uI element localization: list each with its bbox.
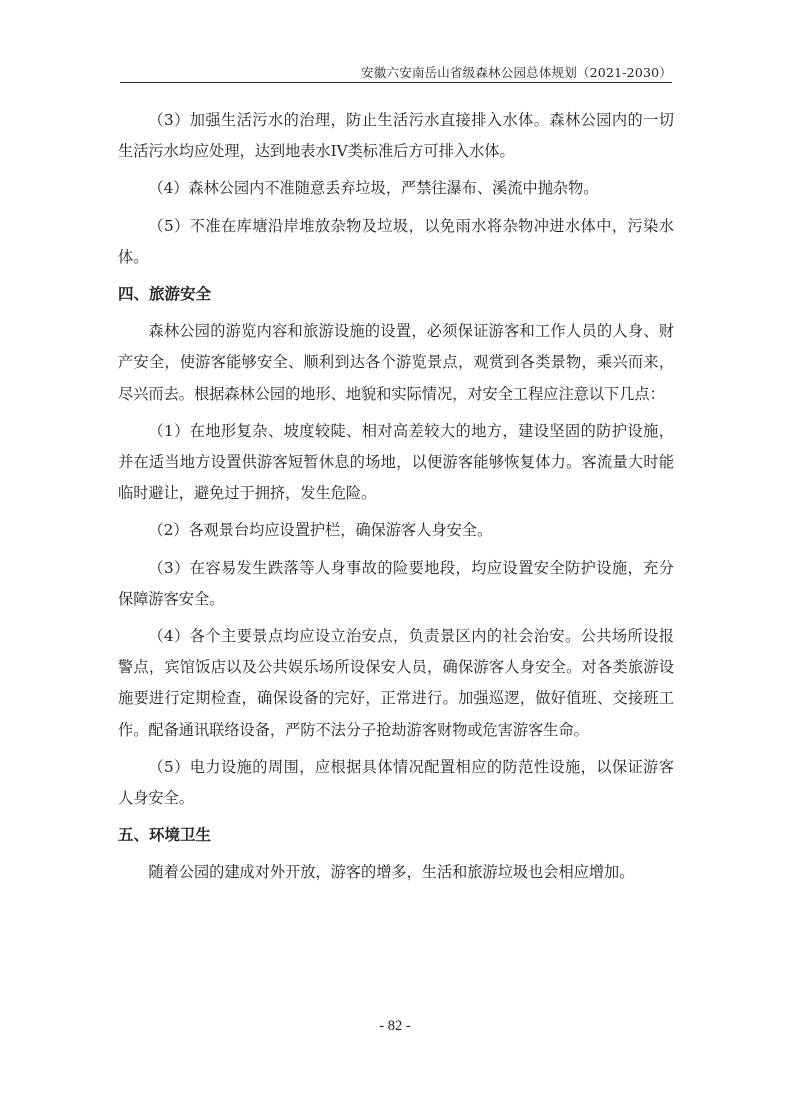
paragraph-hygiene-intro: 随着公园的建成对外开放，游客的增多，生活和旅游垃圾也会相应增加。 xyxy=(118,857,674,888)
paragraph-safety-3: （3）在容易发生跌落等人身事故的险要地段，均应设置安全防护设施，充分保障游客安全… xyxy=(118,553,674,615)
running-header: 安徽六安南岳山省级森林公园总体规划（2021-2030） xyxy=(120,64,672,83)
paragraph-safety-5: （5）电力设施的周围，应根据具体情况配置相应的防范性设施，以保证游客人身安全。 xyxy=(118,752,674,814)
page-number: - 82 - xyxy=(379,1018,410,1034)
paragraph-sewage-treatment: （3）加强生活污水的治理，防止生活污水直接排入水体。森林公园内的一切生活污水均应… xyxy=(118,105,674,167)
paragraph-safety-2: （2）各观景台均应设置护栏，确保游客人身安全。 xyxy=(118,515,674,546)
paragraph-no-dumping-shore: （5）不准在库塘沿岸堆放杂物及垃圾，以免雨水将杂物冲进水体中，污染水体。 xyxy=(118,211,674,273)
paragraph-safety-intro: 森林公园的游览内容和旅游设施的设置，必须保证游客和工作人员的人身、财产安全，使游… xyxy=(118,316,674,410)
page-footer: - 82 - xyxy=(0,1018,790,1035)
section-heading-tourism-safety: 四、旅游安全 xyxy=(118,279,674,310)
paragraph-safety-1: （1）在地形复杂、坡度较陡、相对高差较大的地方，建设坚固的防护设施，并在适当地方… xyxy=(118,416,674,510)
page-body: （3）加强生活污水的治理，防止生活污水直接排入水体。森林公园内的一切生活污水均应… xyxy=(118,105,674,889)
paragraph-no-littering: （4）森林公园内不准随意丢弃垃圾，严禁往瀑布、溪流中抛杂物。 xyxy=(118,173,674,204)
document-title: 安徽六安南岳山省级森林公园总体规划（2021-2030） xyxy=(361,65,672,80)
paragraph-safety-4: （4）各个主要景点均应设立治安点，负责景区内的社会治安。公共场所设报警点，宾馆饭… xyxy=(118,621,674,746)
section-heading-environmental-hygiene: 五、环境卫生 xyxy=(118,820,674,851)
